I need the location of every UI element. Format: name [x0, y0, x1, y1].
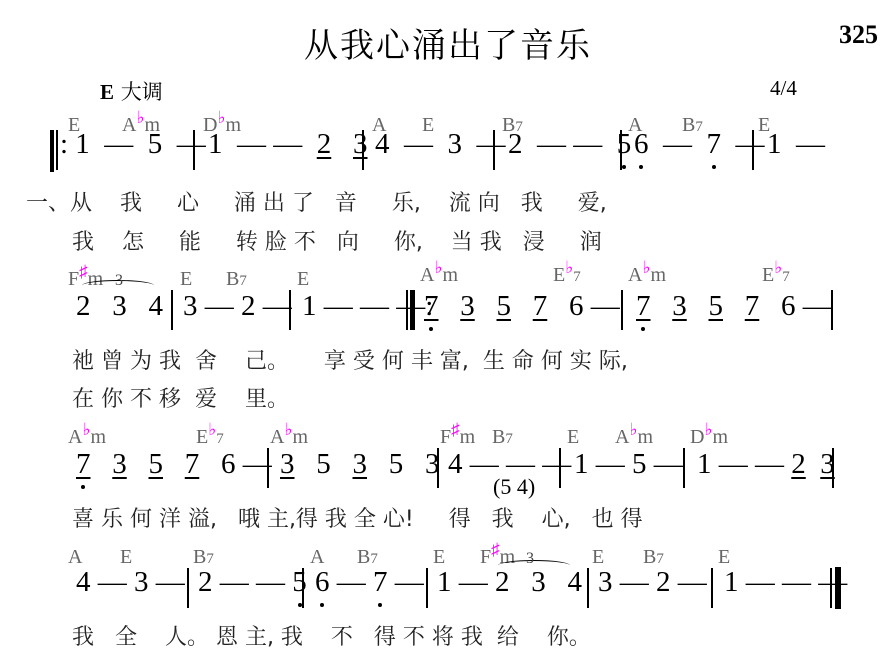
- barline: [426, 568, 428, 608]
- notes: 3 5 3 5 3: [280, 448, 440, 481]
- notes: 3 — 2 —: [183, 290, 292, 323]
- chord: E: [567, 426, 579, 449]
- chord: A♭m: [68, 426, 106, 449]
- barline: [711, 568, 713, 608]
- barline: [620, 130, 622, 170]
- lyrics-verse-2: 在 你 不 移 爱 里。: [72, 382, 289, 413]
- notes: 1 — 2 3 4: [437, 566, 582, 599]
- chord: E♭7: [762, 264, 790, 287]
- sub-notes: (5 4): [493, 474, 535, 500]
- barline: [587, 568, 589, 608]
- lyrics-verse-1: 一、从 我 心 涌 出 了 音 乐, 流 向 我 爱,: [26, 186, 607, 217]
- notes: 1 —: [767, 128, 825, 161]
- barline: [559, 448, 561, 488]
- notes: 3 — 2 —: [598, 566, 707, 599]
- notes: 4 — 3 —: [76, 566, 185, 599]
- notes: 4 — 3 —: [375, 128, 506, 161]
- chord: A♭m: [270, 426, 308, 449]
- chord: A♭m: [615, 426, 653, 449]
- chord: B7: [226, 268, 247, 291]
- barline: [267, 448, 269, 488]
- repeat-start-barline: [50, 130, 54, 172]
- song-title: 从我心涌出了音乐: [0, 18, 896, 67]
- barline: [406, 290, 408, 330]
- notes: 6 — 7 —: [634, 128, 765, 161]
- chord: E: [180, 268, 192, 291]
- barline: [752, 130, 754, 170]
- chord: E♭7: [553, 264, 581, 287]
- final-barline: [835, 567, 841, 609]
- page-number: 325: [839, 20, 878, 50]
- chord: D♭m: [690, 426, 728, 449]
- notes: 1 — — —: [724, 566, 847, 599]
- notes: 2 — — 5: [508, 128, 631, 161]
- notes: 7 3 5 7 6 —: [424, 290, 620, 323]
- time-signature: 4/4: [770, 76, 797, 101]
- repeat-end-barline: [410, 290, 415, 330]
- notes: : 1 — 5 —: [60, 128, 206, 161]
- barline: [289, 290, 291, 330]
- barline: [621, 290, 623, 330]
- barline: [493, 130, 495, 170]
- barline: [187, 568, 189, 608]
- barline: [830, 568, 832, 608]
- notes: 7 3 5 7 6 —: [636, 290, 832, 323]
- key-signature: E 大调: [100, 76, 163, 106]
- chord: A♭m: [628, 264, 666, 287]
- barline: [171, 290, 173, 330]
- notes: 1 — — 2 3: [208, 128, 368, 161]
- barline: [362, 130, 364, 170]
- chord: E♭7: [196, 426, 224, 449]
- notes: 1 — — 2 3: [697, 448, 835, 481]
- barline: [437, 448, 439, 488]
- chord: B7: [492, 426, 513, 449]
- chord: E: [297, 268, 309, 291]
- notes: 2 — — 5: [198, 566, 307, 599]
- notes: 2 3 4: [76, 290, 163, 323]
- barline: [831, 290, 833, 330]
- barline: [56, 130, 58, 170]
- barline: [683, 448, 685, 488]
- chord: F♯m: [440, 426, 475, 449]
- barline: [832, 448, 834, 488]
- chord: A♭m: [420, 264, 458, 287]
- notes: 7 3 5 7 6 —: [76, 448, 272, 481]
- lyrics-verse-2: 我 怎 能 转 脸 不 向 你, 当 我 浸 润: [72, 225, 602, 256]
- notes: 1 — 5 —: [574, 448, 683, 481]
- lyrics-verse-1: 喜 乐 何 洋 溢, 哦 主,得 我 全 心! 得 我 心, 也 得: [72, 502, 643, 533]
- tuplet-label: 3: [115, 272, 123, 290]
- lyrics-verse-1: 祂 曾 为 我 舍 己。 享 受 何 丰 富, 生 命 何 实 际,: [72, 344, 628, 375]
- notes: 6 — 7 —: [315, 566, 424, 599]
- lyrics-verse-1: 我 全 人。 恩 主, 我 不 得 不 将 我 给 你。: [72, 620, 591, 651]
- barline: [302, 568, 304, 608]
- barline: [193, 130, 195, 170]
